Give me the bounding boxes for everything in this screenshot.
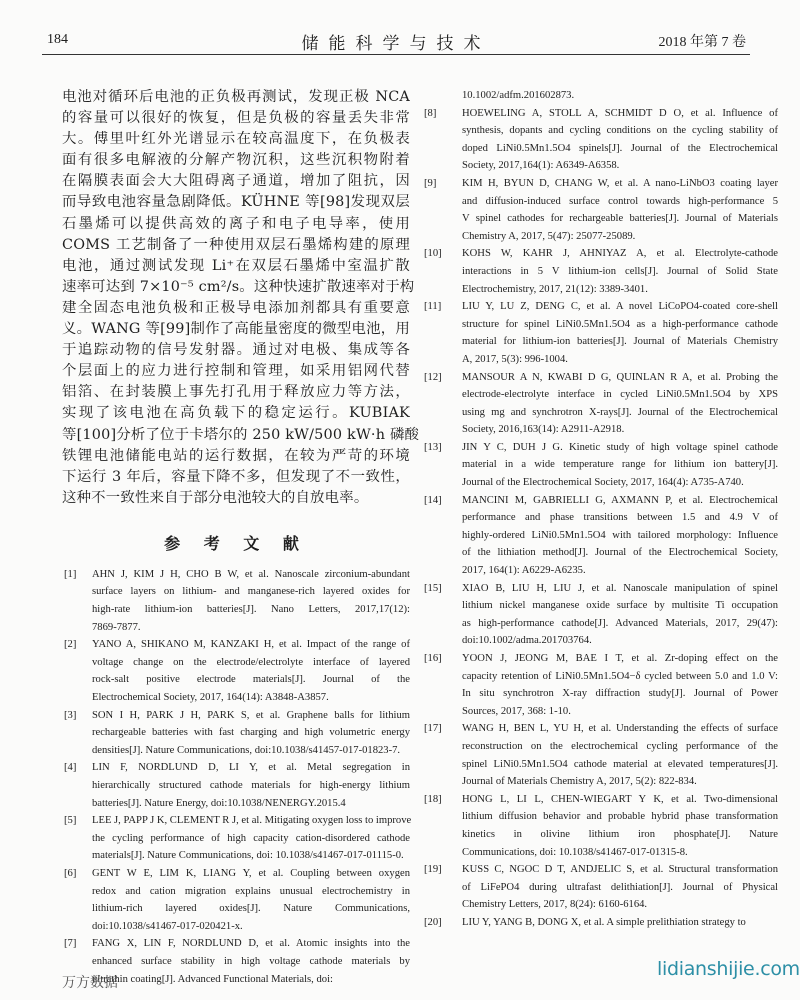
reference-number: [1] <box>64 566 76 584</box>
reference-item: [19]KUSS C, NGOC D T, ANDJELIC S, et al.… <box>428 861 778 914</box>
reference-item: [14]MANCINI M, GABRIELLI G, AXMANN P, et… <box>428 492 778 580</box>
reference-line: 2017, 164(1): A6229-A6235. <box>462 562 778 580</box>
body-paragraph: 电池对循环后电池的正负极再测试，发现正极 NCA 的容量可以很好的恢复，但是负极… <box>62 87 410 509</box>
reference-line: reconstruction on the electrochemical cy… <box>462 738 778 756</box>
body-line: 铝箔、在封装膜上事先打孔用于释放应力等方法， <box>62 382 410 403</box>
reference-line: performance and phase transitions betwee… <box>462 509 778 527</box>
reference-line: synthesis, dopants and cycling condition… <box>462 122 778 140</box>
reference-line: V spinel cathodes for rechargeable batte… <box>462 210 778 228</box>
reference-line: SON I H, PARK J H, PARK S, et al. Graphe… <box>92 707 410 725</box>
reference-line: Chemistry Letters, 2017, 8(24): 6160-616… <box>462 896 778 914</box>
reference-text: GENT W E, LIM K, LIANG Y, et al. Couplin… <box>92 865 410 935</box>
reference-item: [9]KIM H, BYUN D, CHANG W, et al. A nano… <box>428 175 778 245</box>
reference-line: lithium nickel manganese oxide surface b… <box>462 597 778 615</box>
reference-line: doi:10.1002/adma.201703764. <box>462 632 778 650</box>
reference-number: [5] <box>64 812 76 830</box>
reference-item: [2]YANO A, SHIKANO M, KANZAKI H, et al. … <box>62 636 410 706</box>
reference-line: of LiFePO4 during ultrafast delithiation… <box>462 879 778 897</box>
reference-line: materials[J]. Nature Communications, doi… <box>92 847 410 865</box>
reference-line: HONG L, LI L, CHEN-WIEGART Y K, et al. T… <box>462 791 778 809</box>
reference-line: redox and cation migration explains unus… <box>92 883 410 901</box>
reference-line: A, 2017, 5(3): 996-1004. <box>462 351 778 369</box>
left-column: 电池对循环后电池的正负极再测试，发现正极 NCA 的容量可以很好的恢复，但是负极… <box>62 87 410 988</box>
body-line: 在隔膜表面会大大阻碍离子通道，增加了阻抗，因 <box>62 171 410 192</box>
reference-line: MANSOUR A N, KWABI D G, QUINLAN R A, et … <box>462 369 778 387</box>
body-line: 义。WANG 等[99]制作了高能量密度的微型电池，用 <box>62 319 410 340</box>
reference-line: Electrochemistry, 2017, 21(12): 3389-340… <box>462 281 778 299</box>
reference-item: [3]SON I H, PARK J H, PARK S, et al. Gra… <box>62 707 410 760</box>
reference-line: capacity retention of LiNi0.5Mn1.5O4−δ c… <box>462 668 778 686</box>
body-line: 下运行 3 年后，容量下降不多，但发现了不一致性， <box>62 467 410 488</box>
reference-line: interactions in 5 V lithium-ion cells[J]… <box>462 263 778 281</box>
reference-line: LIU Y, LU Z, DENG C, et al. A novel LiCo… <box>462 298 778 316</box>
reference-line: rechargeable batteries with fast chargin… <box>92 724 410 742</box>
reference-text: MANCINI M, GABRIELLI G, AXMANN P, et al.… <box>462 492 778 580</box>
body-line: 铁锂电池储能电站的运行数据，在较为严苛的环境 <box>62 446 410 467</box>
reference-number: [9] <box>424 175 436 193</box>
body-line: 于追踪动物的信号发射器。通过对电极、集成等各 <box>62 340 410 361</box>
reference-number: [16] <box>424 650 442 668</box>
reference-line: ultrathin coating[J]. Advanced Functiona… <box>92 971 410 989</box>
reference-line: Sources, 2017, 368: 1-10. <box>462 703 778 721</box>
right-column: 10.1002/adfm.201602873. [8]HOEWELING A, … <box>428 87 778 932</box>
reference-text: AHN J, KIM J H, CHO B W, et al. Nanoscal… <box>92 566 410 636</box>
reference-number: [14] <box>424 492 442 510</box>
reference-number: [11] <box>424 298 441 316</box>
reference-line: Journal of Materials Chemistry A, 2017, … <box>462 773 778 791</box>
reference-number: [12] <box>424 369 442 387</box>
reference-text: WANG H, BEN L, YU H, et al. Understandin… <box>462 720 778 790</box>
reference-item: [8]HOEWELING A, STOLL A, SCHMIDT D O, et… <box>428 105 778 175</box>
reference-line: LIU Y, YANG B, DONG X, et al. A simple p… <box>462 914 778 932</box>
reference-line: Electrochemical Society, 2017, 164(14): … <box>92 689 410 707</box>
body-line: 面有很多电解液的分解产物沉积，这些沉积物附着 <box>62 150 410 171</box>
reference-line: WANG H, BEN L, YU H, et al. Understandin… <box>462 720 778 738</box>
reference-line: hierarchically structured cathode materi… <box>92 777 410 795</box>
reference-text: SON I H, PARK J H, PARK S, et al. Graphe… <box>92 707 410 760</box>
reference-item: [13]JIN Y C, DUH J G. Kinetic study of h… <box>428 439 778 492</box>
reference-list-left: [1]AHN J, KIM J H, CHO B W, et al. Nanos… <box>62 566 410 988</box>
journal-title: 储能科学与技术 <box>42 29 750 54</box>
page-header: 184 储能科学与技术 2018 年第 7 卷 <box>42 28 750 55</box>
reference-text: LEE J, PAPP J K, CLEMENT R J, et al. Mit… <box>92 812 410 865</box>
reference-line: densities[J]. Nature Communications, doi… <box>92 742 410 760</box>
reference-number: [20] <box>424 914 442 932</box>
reference-line: Chemistry A, 2017, 5(47): 25077-25089. <box>462 228 778 246</box>
reference-line: KIM H, BYUN D, CHANG W, et al. A nano-Li… <box>462 175 778 193</box>
reference-line: material in a wide temperature range for… <box>462 456 778 474</box>
reference-text: KUSS C, NGOC D T, ANDJELIC S, et al. Str… <box>462 861 778 914</box>
reference-number: [19] <box>424 861 442 879</box>
reference-text: YOON J, JEONG M, BAE I T, et al. Zr-dopi… <box>462 650 778 720</box>
reference-item: [16]YOON J, JEONG M, BAE I T, et al. Zr-… <box>428 650 778 720</box>
reference-line: Journal of the Electrochemical Society, … <box>462 474 778 492</box>
reference-text: LIU Y, YANG B, DONG X, et al. A simple p… <box>462 914 778 932</box>
references-heading: 参 考 文 献 <box>62 531 410 554</box>
reference-list-right: [8]HOEWELING A, STOLL A, SCHMIDT D O, et… <box>428 105 778 932</box>
reference-text: HOEWELING A, STOLL A, SCHMIDT D O, et al… <box>462 105 778 175</box>
reference-line: electrode-electrolyte interface in cycle… <box>462 386 778 404</box>
issue-label: 2018 年第 7 卷 <box>659 31 747 51</box>
reference-item: [10]KOHS W, KAHR J, AHNIYAZ A, et al. El… <box>428 245 778 298</box>
body-line: 而导致电池容量急剧降低。KÜHNE 等[98]发现双层 <box>62 192 410 213</box>
reference-line: JIN Y C, DUH J G. Kinetic study of high … <box>462 439 778 457</box>
reference-line: and diffusion-induced surface control to… <box>462 193 778 211</box>
reference-line: kinetics in olivine lithium iron phospha… <box>462 826 778 844</box>
reference-text: HONG L, LI L, CHEN-WIEGART Y K, et al. T… <box>462 791 778 861</box>
reference-item: [1]AHN J, KIM J H, CHO B W, et al. Nanos… <box>62 566 410 636</box>
reference-line: using mg and synchrotron X-rays[J]. Jour… <box>462 404 778 422</box>
reference-line: HOEWELING A, STOLL A, SCHMIDT D O, et al… <box>462 105 778 123</box>
reference-line: lithium diffusion behavior and probable … <box>462 808 778 826</box>
body-line: 的容量可以很好的恢复，但是负极的容量丢失非常 <box>62 108 410 129</box>
reference-line: MANCINI M, GABRIELLI G, AXMANN P, et al.… <box>462 492 778 510</box>
reference-number: [8] <box>424 105 436 123</box>
reference-line: lithium-rich layered oxides[J]. Nature C… <box>92 900 410 918</box>
body-line: 大。傅里叶红外光谱显示在较高温度下，在负极表 <box>62 129 410 150</box>
reference-line: In situ synchrotron X-ray diffraction st… <box>462 685 778 703</box>
reference-line: KOHS W, KAHR J, AHNIYAZ A, et al. Electr… <box>462 245 778 263</box>
reference-line: structure for spinel LiNi0.5Mn1.5O4 as a… <box>462 316 778 334</box>
body-line: 实现了该电池在高负载下的稳定运行。KUBIAK <box>62 403 410 424</box>
reference-line: FANG X, LIN F, NORDLUND D, et al. Atomic… <box>92 935 410 953</box>
reference-line: doped LiNi0.5Mn1.5O4 spinels[J]. Journal… <box>462 140 778 158</box>
body-line: 速率可达到 7×10⁻⁵ cm²/s。这种快速扩散速率对于构 <box>62 277 410 298</box>
reference-item: [17]WANG H, BEN L, YU H, et al. Understa… <box>428 720 778 790</box>
reference-line: batteries[J]. Nature Energy, doi:10.1038… <box>92 795 410 813</box>
reference-line: 7869-7877. <box>92 619 410 637</box>
body-line: 等[100]分析了位于卡塔尔的 250 kW/500 kW·h 磷酸 <box>62 425 410 446</box>
reference-text: JIN Y C, DUH J G. Kinetic study of high … <box>462 439 778 492</box>
body-line: 这种不一致性来自于部分电池较大的自放电率。 <box>62 488 410 509</box>
reference-line: YOON J, JEONG M, BAE I T, et al. Zr-dopi… <box>462 650 778 668</box>
reference-text: LIU Y, LU Z, DENG C, et al. A novel LiCo… <box>462 298 778 368</box>
body-line: 电池对循环后电池的正负极再测试，发现正极 NCA <box>62 87 410 108</box>
reference-number: [3] <box>64 707 76 725</box>
source-label: 万方数据 <box>62 972 118 992</box>
reference-line: AHN J, KIM J H, CHO B W, et al. Nanoscal… <box>92 566 410 584</box>
reference-number: [2] <box>64 636 76 654</box>
reference-line: LEE J, PAPP J K, CLEMENT R J, et al. Mit… <box>92 812 410 830</box>
reference-item: [5]LEE J, PAPP J K, CLEMENT R J, et al. … <box>62 812 410 865</box>
reference-item: [11]LIU Y, LU Z, DENG C, et al. A novel … <box>428 298 778 368</box>
reference-line: Society, 2017,164(1): A6349-A6358. <box>462 157 778 175</box>
reference-text: KOHS W, KAHR J, AHNIYAZ A, et al. Electr… <box>462 245 778 298</box>
reference-line: XIAO B, LIU H, LIU J, et al. Nanoscale m… <box>462 580 778 598</box>
reference-line: material for lithium-ion batteries[J]. J… <box>462 333 778 351</box>
reference-line: 10.1002/adfm.201602873. <box>462 87 778 105</box>
reference-continuation: 10.1002/adfm.201602873. <box>428 87 778 105</box>
reference-item: [12]MANSOUR A N, KWABI D G, QUINLAN R A,… <box>428 369 778 439</box>
reference-number: [18] <box>424 791 442 809</box>
body-line: 石墨烯可以提供高效的离子和电子电导率，使用 <box>62 214 410 235</box>
reference-text: YANO A, SHIKANO M, KANZAKI H, et al. Imp… <box>92 636 410 706</box>
reference-line: rock-salt positive electrode materials[J… <box>92 671 410 689</box>
reference-text: KIM H, BYUN D, CHANG W, et al. A nano-Li… <box>462 175 778 245</box>
reference-line: GENT W E, LIM K, LIANG Y, et al. Couplin… <box>92 865 410 883</box>
reference-line: Society, 2016,163(14): A2911-A2918. <box>462 421 778 439</box>
reference-number: [4] <box>64 759 76 777</box>
reference-line: spinel LiNi0.5Mn1.5O4 cathode material a… <box>462 756 778 774</box>
reference-item: [6]GENT W E, LIM K, LIANG Y, et al. Coup… <box>62 865 410 935</box>
reference-number: [17] <box>424 720 442 738</box>
reference-line: the cycling performance of high capacity… <box>92 830 410 848</box>
reference-line: doi:10.1038/s41467-017-020421-x. <box>92 918 410 936</box>
reference-text: MANSOUR A N, KWABI D G, QUINLAN R A, et … <box>462 369 778 439</box>
reference-line: enhanced surface stability in high volta… <box>92 953 410 971</box>
reference-line: voltage change on the electrode/electrol… <box>92 654 410 672</box>
reference-line: highly-ordered LiNi0.5Mn1.5O4 with tailo… <box>462 527 778 545</box>
body-line: COMS 工艺制备了一种使用双层石墨烯构建的原理 <box>62 235 410 256</box>
reference-item: [20]LIU Y, YANG B, DONG X, et al. A simp… <box>428 914 778 932</box>
reference-number: [13] <box>424 439 442 457</box>
reference-item: [18]HONG L, LI L, CHEN-WIEGART Y K, et a… <box>428 791 778 861</box>
body-line: 个层面上的应力进行控制和管理，如采用铝网代替 <box>62 361 410 382</box>
watermark-link[interactable]: lidianshijie.com <box>657 958 800 980</box>
reference-line: high-rate lithium-ion batteries[J]. Nano… <box>92 601 410 619</box>
reference-line: surface layers on lithium- and manganese… <box>92 583 410 601</box>
body-line: 电池，通过测试发现 Li⁺在双层石墨烯中室温扩散 <box>62 256 410 277</box>
reference-line: YANO A, SHIKANO M, KANZAKI H, et al. Imp… <box>92 636 410 654</box>
reference-number: [7] <box>64 935 76 953</box>
reference-number: [6] <box>64 865 76 883</box>
reference-line: of the lithiation method[J]. Journal of … <box>462 544 778 562</box>
reference-text: FANG X, LIN F, NORDLUND D, et al. Atomic… <box>92 935 410 988</box>
reference-number: [10] <box>424 245 442 263</box>
reference-line: KUSS C, NGOC D T, ANDJELIC S, et al. Str… <box>462 861 778 879</box>
reference-item: [4]LIN F, NORDLUND D, LI Y, et al. Metal… <box>62 759 410 812</box>
body-line: 建全固态电池负极和正极导电添加剂都具有重要意 <box>62 298 410 319</box>
reference-text: LIN F, NORDLUND D, LI Y, et al. Metal se… <box>92 759 410 812</box>
reference-line: Communications, doi: 10.1038/s41467-017-… <box>462 844 778 862</box>
reference-line: LIN F, NORDLUND D, LI Y, et al. Metal se… <box>92 759 410 777</box>
reference-number: [15] <box>424 580 442 598</box>
reference-line: as high-performance cathode[J]. Advanced… <box>462 615 778 633</box>
reference-item: [15]XIAO B, LIU H, LIU J, et al. Nanosca… <box>428 580 778 650</box>
reference-text: XIAO B, LIU H, LIU J, et al. Nanoscale m… <box>462 580 778 650</box>
